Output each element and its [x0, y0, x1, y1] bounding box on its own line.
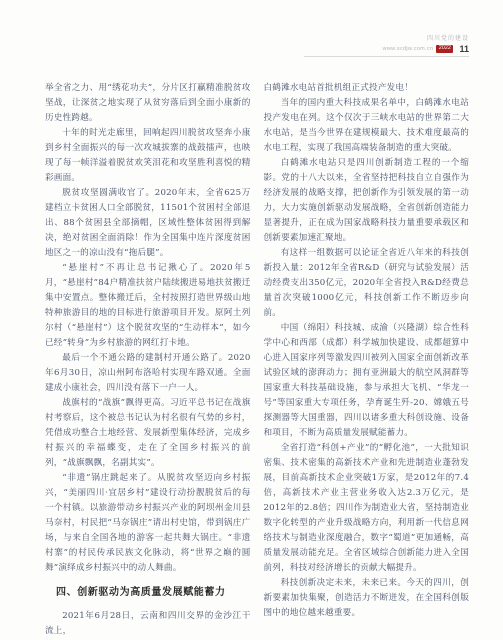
article-paragraph: 当年的国内重大科技成果名单中，白鹤滩水电站投产发电在列。这个仅次于三峡水电站的世… — [264, 96, 470, 156]
article-paragraph: 脱贫攻坚圆满收官了。2020年末，全省625万建档立卡贫困人口全部脱贫，1150… — [45, 186, 251, 261]
article-paragraph: 举全省之力、用“绣花功夫”，分片区打赢精准脱贫攻坚战，让深贫之地实现了从贫穷落后… — [45, 81, 251, 126]
masthead-row: www.scdjw.com.cn 2022 11 — [383, 44, 469, 54]
page-number: 11 — [459, 44, 469, 54]
journal-name: 四川党的建设 — [427, 36, 469, 43]
journal-website: www.scdjw.com.cn — [383, 46, 434, 52]
article-paragraph: “非遗”锅庄跳起来了。从脱贫攻坚迈向乡村振兴，“美丽四川·宜居乡村”建设行动扮靓… — [45, 471, 251, 576]
left-column: 举全省之力、用“绣花功夫”，分片区打赢精准脱贫攻坚战，让深贫之地实现了从贫穷落后… — [45, 81, 251, 639]
article-columns: 举全省之力、用“绣花功夫”，分片区打赢精准脱贫攻坚战，让深贫之地实现了从贫穷落后… — [45, 81, 469, 639]
article-paragraph: 有这样一组数据可以论证全省近八年来的科技创新投入量：2012年全省R&D（研究与… — [264, 246, 470, 321]
section-heading: 四、创新驱动为高质量发展赋能蓄力 — [45, 586, 251, 599]
article-paragraph: 全省打造“科创+产业”的“孵化池”，一大批知识密集、技术密集的高新技术产业和先进… — [264, 441, 470, 576]
masthead-divider — [304, 56, 469, 57]
right-column: 白鹤滩水电站首批机组正式投产发电！ 当年的国内重大科技成果名单中，白鹤滩水电站投… — [264, 81, 470, 639]
magazine-page: 四川党的建设 www.scdjw.com.cn 2022 11 举全省之力、用“… — [0, 0, 503, 640]
article-paragraph: 白鹤滩水电站首批机组正式投产发电！ — [264, 81, 470, 96]
article-paragraph: 十年的时光走廊里，回响起四川脱贫攻坚奔小康到乡村全面振兴的每一次攻城拔寨的战鼓擂… — [45, 126, 251, 186]
article-paragraph: “悬崖村”不再让总书记揪心了。2020年5月，“悬崖村”84户精准扶贫户陆续搬进… — [45, 261, 251, 351]
article-paragraph: 战旗村的“战旗”飘得更高。习近平总书记在战旗村考察后，这个被总书记认为村名很有气… — [45, 396, 251, 471]
article-paragraph: 最后一个不通公路的建制村开通公路了。2020年6月30日，凉山州阿布洛哈村实现车… — [45, 351, 251, 396]
article-paragraph: 科技创新决定未来，未来已来。今天的四川，创新要素加快集聚，创造活力不断迸发，在全… — [264, 576, 470, 621]
article-paragraph: 2021年6月28日，云南和四川交界的金沙江干流上， — [45, 609, 251, 639]
article-paragraph: 中国（绵阳）科技城、成渝（兴隆湖）综合性科学中心和西部（成都）科学城加快建设、成… — [264, 321, 470, 441]
article-paragraph: 白鹤滩水电站只是四川创新制造工程的一个缩影。党的十八大以来，全省坚持把科技自立自… — [264, 156, 470, 246]
issue-year-badge: 2022 — [436, 45, 453, 53]
masthead: 四川党的建设 www.scdjw.com.cn 2022 11 — [45, 36, 469, 60]
